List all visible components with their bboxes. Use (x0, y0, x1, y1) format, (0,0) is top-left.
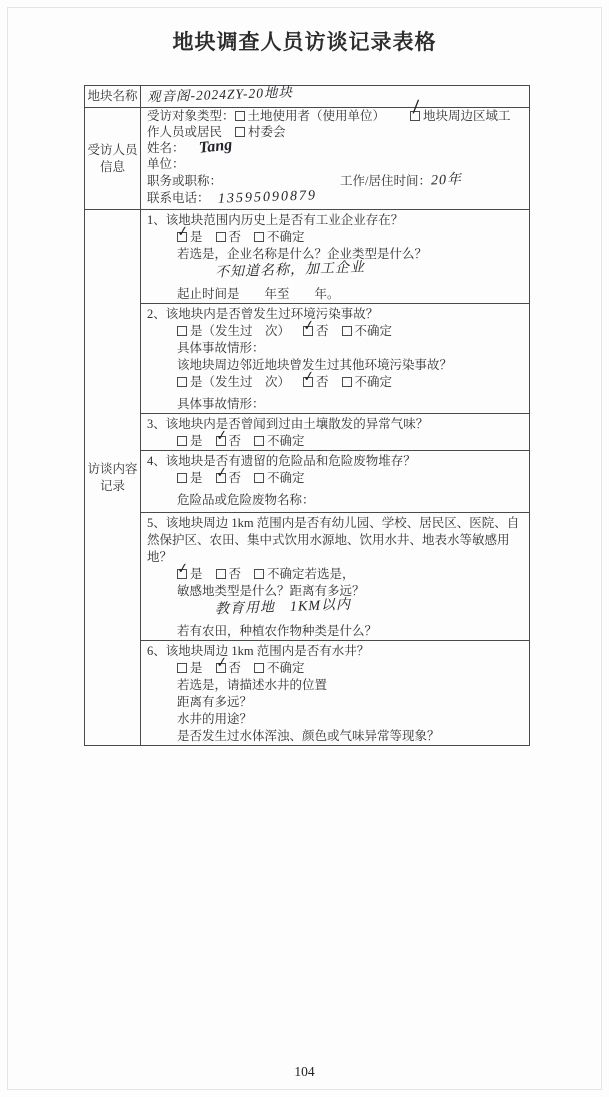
checkbox-label: 是（发生过 次） (190, 375, 290, 389)
form-line: 是（发生过 次）✓否不确定 (177, 374, 521, 391)
form-line: 具体事故情形： (177, 396, 521, 413)
checkbox-label: 村委会 (248, 125, 286, 139)
form-line: 若有农田，种植农作物种类是什么？ (177, 623, 521, 640)
form-text: 6、该地块周边 1km 范围内是否有水井？ (147, 644, 369, 658)
question-cell-q2: 2、该地块内是否曾发生过环境污染事故？是（发生过 次）✓否不确定具体事故情形：该… (141, 303, 529, 413)
plot-name-label: 地块名称 (85, 86, 141, 107)
checkbox-box-icon (216, 232, 226, 242)
check-mark-icon: ✓ (215, 428, 229, 443)
question-cell-q6: 6、该地块周边 1km 范围内是否有水井？是✓否不确定若选是，请描述水井的位置距… (141, 640, 529, 745)
form-text: 敏感地类型是什么？距离有多远？ (177, 584, 365, 598)
interview-content-label: 访谈内容记录 (85, 210, 141, 745)
checkbox-unchecked: 不确定 (254, 471, 305, 485)
form-text: 起止时间是 年至 年。 (177, 287, 340, 301)
checkbox-box-icon (254, 473, 264, 483)
form-line: 是✓否不确定 (177, 433, 521, 450)
checkbox-label: 不确定 (267, 661, 305, 675)
interview-content-row: 访谈内容记录 1、该地块范围内历史上是否有工业企业存在？✓是否不确定若选是，企业… (85, 209, 529, 745)
question-cell-q3: 3、该地块内是否曾闻到过由土壤散发的异常气味？是✓否不确定 (141, 413, 529, 450)
form-text: 具体事故情形： (177, 397, 265, 411)
page-title: 地块调查人员访谈记录表格 (0, 26, 609, 56)
form-text: 受访对象类型： (147, 109, 235, 123)
form-text: 职务或职称： (147, 174, 222, 188)
checkbox-unchecked: 不确定 (254, 661, 305, 675)
checkbox-box-icon (216, 569, 226, 579)
checkbox-box-icon (342, 377, 352, 387)
duty-worktime-line: 职务或职称：工作/居住时间：20年 (147, 174, 521, 191)
checkbox-unchecked: 否 (216, 230, 242, 244)
checkbox-box-icon (177, 663, 187, 673)
checkbox-box-icon: ✓ (177, 232, 187, 242)
form-text: 若选是，企业名称是什么？企业类型是什么？ (177, 247, 427, 261)
checkbox-box-icon: ✓ (216, 436, 226, 446)
checkbox-box-icon (235, 127, 245, 137)
form-line: 3、该地块内是否曾闻到过由土壤散发的异常气味？ (147, 416, 521, 433)
checkbox-checked: ✓是 (177, 567, 203, 581)
checkbox-unchecked: 是 (177, 471, 203, 485)
handwritten-note: 13595090879 (217, 188, 316, 207)
checkbox-label: 是 (190, 230, 203, 244)
check-mark-icon: ✓ (176, 224, 190, 239)
check-mark-icon: ✓ (215, 465, 229, 480)
form-line: 是✓否不确定 (177, 470, 521, 487)
form-line: 危险品或危险废物名称： (177, 492, 521, 509)
form-text: 2、该地块内是否曾发生过环境污染事故？ (147, 307, 378, 321)
checkbox-box-icon: ✓ (216, 663, 226, 673)
form-line: 若选是，请描述水井的位置 (177, 677, 521, 694)
checkbox-unchecked: 否 (216, 567, 242, 581)
checkbox-label: 是 (190, 471, 203, 485)
phone-line: 联系电话：13595090879 (147, 191, 521, 208)
checkbox-box-icon (177, 326, 187, 336)
name-line: 姓名：Tang (147, 140, 521, 157)
form-text: 联系电话： (147, 191, 210, 205)
checkbox-label: 否 (316, 324, 329, 338)
checkbox-box-icon (177, 377, 187, 387)
checkbox-box-icon: / (410, 111, 420, 121)
checkbox-unchecked: 是（发生过 次） (177, 324, 290, 338)
spacer (222, 184, 340, 185)
form-text: 水井的用途？ (177, 712, 252, 726)
checkbox-unchecked: 是（发生过 次） (177, 375, 290, 389)
interviewee-row: 受访人员信息 受访对象类型：土地使用者（使用单位）/地块周边区域工作人员或居民村… (85, 107, 529, 209)
form-line: 具体事故情形： (177, 340, 521, 357)
checkbox-label: 是 (190, 661, 203, 675)
checkbox-unchecked: 不确定 (254, 434, 305, 448)
form-line: 6、该地块周边 1km 范围内是否有水井？ (147, 643, 521, 660)
form-line: 距离有多远？ (177, 694, 521, 711)
form-text: 5、该地块周边 1km 范围内是否有幼儿园、学校、居民区、医院、自然保护区、农田… (147, 516, 519, 564)
spacer (210, 201, 218, 202)
form-line: ✓是否不确定若选是， (177, 566, 521, 583)
checkbox-unchecked: 村委会 (235, 125, 286, 139)
form-line: 5、该地块周边 1km 范围内是否有幼儿园、学校、居民区、医院、自然保护区、农田… (147, 515, 521, 566)
form-text: 具体事故情形： (177, 341, 265, 355)
checkbox-checked: ✓否 (303, 375, 329, 389)
checkbox-unchecked: 是 (177, 661, 203, 675)
checkbox-label: 不确定 (355, 324, 393, 338)
form-text: 姓名： (147, 141, 185, 155)
form-text: 4、该地块是否有遗留的危险品和危险废物堆存？ (147, 454, 416, 468)
checkbox-label: 否 (316, 375, 329, 389)
handwritten-note: Tang (198, 137, 233, 156)
checkbox-checked: ✓是 (177, 230, 203, 244)
interviewee-type-line: 受访对象类型：土地使用者（使用单位）/地块周边区域工作人员或居民村委会 (147, 109, 521, 140)
form-line: 2、该地块内是否曾发生过环境污染事故？ (147, 306, 521, 323)
checkbox-unchecked: 不确定 (342, 324, 393, 338)
checkbox-label: 否 (229, 661, 242, 675)
handwritten-note: 教育用地 1KM以内 (215, 597, 352, 619)
checkbox-label: 不确定 (355, 375, 393, 389)
checkbox-box-icon: ✓ (303, 326, 313, 336)
checkbox-label: 否 (229, 230, 242, 244)
form-text: 若选是，请描述水井的位置 (177, 678, 327, 692)
checkbox-label: 不确定 (267, 230, 305, 244)
checkbox-box-icon (235, 111, 245, 121)
scanned-form-page: 地块调查人员访谈记录表格 地块名称 观音阁-2024ZY-20地块 受访人员信息… (0, 0, 609, 1097)
checkbox-label: 否 (229, 434, 242, 448)
checkbox-box-icon (177, 473, 187, 483)
checkbox-box-icon (254, 232, 264, 242)
spacer (185, 151, 199, 152)
form-text: 若选是， (305, 567, 355, 581)
checkbox-label: 是 (190, 567, 203, 581)
questions-list: 1、该地块范围内历史上是否有工业企业存在？✓是否不确定若选是，企业名称是什么？企… (141, 210, 529, 745)
form-line: 该地块周边邻近地块曾发生过其他环境污染事故？ (177, 357, 521, 374)
interview-form-table: 地块名称 观音阁-2024ZY-20地块 受访人员信息 受访对象类型：土地使用者… (84, 85, 530, 746)
checkbox-unchecked: 不确定 (254, 230, 305, 244)
form-text: 若有农田，种植农作物种类是什么？ (177, 624, 377, 638)
form-text: 工作/居住时间： (340, 174, 431, 188)
form-line: 4、该地块是否有遗留的危险品和危险废物堆存？ (147, 453, 521, 470)
question-cell-q5: 5、该地块周边 1km 范围内是否有幼儿园、学校、居民区、医院、自然保护区、农田… (141, 512, 529, 640)
form-text: 3、该地块内是否曾闻到过由土壤散发的异常气味？ (147, 417, 428, 431)
form-line: 水井的用途？ (177, 711, 521, 728)
checkbox-box-icon (254, 569, 264, 579)
form-text: 是否发生过水体浑浊、颜色或气味异常等现象？ (177, 729, 440, 743)
checkbox-label: 不确定 (267, 471, 305, 485)
checkbox-unchecked: 不确定 (254, 567, 305, 581)
checkbox-checked: ✓否 (216, 471, 242, 485)
checkbox-label: 否 (229, 471, 242, 485)
form-line: 是否发生过水体浑浊、颜色或气味异常等现象？ (177, 728, 521, 745)
plot-name-row: 地块名称 观音阁-2024ZY-20地块 (85, 86, 529, 107)
checkbox-label: 不确定 (267, 567, 305, 581)
checkbox-checked: ✓否 (216, 434, 242, 448)
form-line: 起止时间是 年至 年。 (177, 286, 521, 303)
checkbox-box-icon (254, 663, 264, 673)
unit-line: 单位： (147, 157, 521, 174)
checkbox-box-icon (254, 436, 264, 446)
form-text: 危险品或危险废物名称： (177, 493, 315, 507)
checkbox-box-icon: ✓ (303, 377, 313, 387)
checkbox-unchecked: 土地使用者（使用单位） (235, 109, 386, 123)
form-line: 是✓否不确定 (177, 660, 521, 677)
checkbox-box-icon (342, 326, 352, 336)
interviewee-content: 受访对象类型：土地使用者（使用单位）/地块周边区域工作人员或居民村委会姓名：Ta… (141, 108, 529, 209)
checkbox-unchecked: 是 (177, 434, 203, 448)
interviewee-label: 受访人员信息 (85, 108, 141, 209)
check-mark-icon: / (413, 100, 420, 114)
question-cell-q4: 4、该地块是否有遗留的危险品和危险废物堆存？是✓否不确定危险品或危险废物名称： (141, 450, 529, 512)
check-mark-icon: ✓ (302, 369, 316, 384)
check-mark-icon: ✓ (176, 561, 190, 576)
form-text: 单位： (147, 157, 185, 171)
handwritten-note: 20年 (431, 173, 463, 190)
checkbox-label: 是 (190, 434, 203, 448)
check-mark-icon: ✓ (302, 318, 316, 333)
checkbox-label: 否 (229, 567, 242, 581)
checkbox-label: 土地使用者（使用单位） (248, 109, 386, 123)
form-line: 是（发生过 次）✓否不确定 (177, 323, 521, 340)
page-number: 104 (0, 1064, 609, 1080)
checkbox-unchecked: 不确定 (342, 375, 393, 389)
check-mark-icon: ✓ (215, 655, 229, 670)
form-line: 1、该地块范围内历史上是否有工业企业存在？ (147, 212, 521, 229)
form-line: 不知道名称，加工企业 (215, 263, 521, 286)
plot-name-value-cell: 观音阁-2024ZY-20地块 (141, 86, 529, 107)
spacer (398, 119, 410, 120)
form-text: 距离有多远？ (177, 695, 252, 709)
handwritten-plot-name: 观音阁-2024ZY-20地块 (147, 83, 294, 105)
checkbox-checked: ✓否 (303, 324, 329, 338)
checkbox-label: 是（发生过 次） (190, 324, 290, 338)
checkbox-box-icon: ✓ (216, 473, 226, 483)
checkbox-box-icon (177, 436, 187, 446)
checkbox-checked: ✓否 (216, 661, 242, 675)
question-cell-q1: 1、该地块范围内历史上是否有工业企业存在？✓是否不确定若选是，企业名称是什么？企… (141, 210, 529, 303)
checkbox-box-icon: ✓ (177, 569, 187, 579)
handwritten-note: 不知道名称，加工企业 (215, 260, 366, 282)
form-line: 教育用地 1KM以内 (215, 600, 521, 623)
form-line: ✓是否不确定 (177, 229, 521, 246)
form-text: 该地块周边邻近地块曾发生过其他环境污染事故？ (177, 358, 452, 372)
checkbox-label: 不确定 (267, 434, 305, 448)
